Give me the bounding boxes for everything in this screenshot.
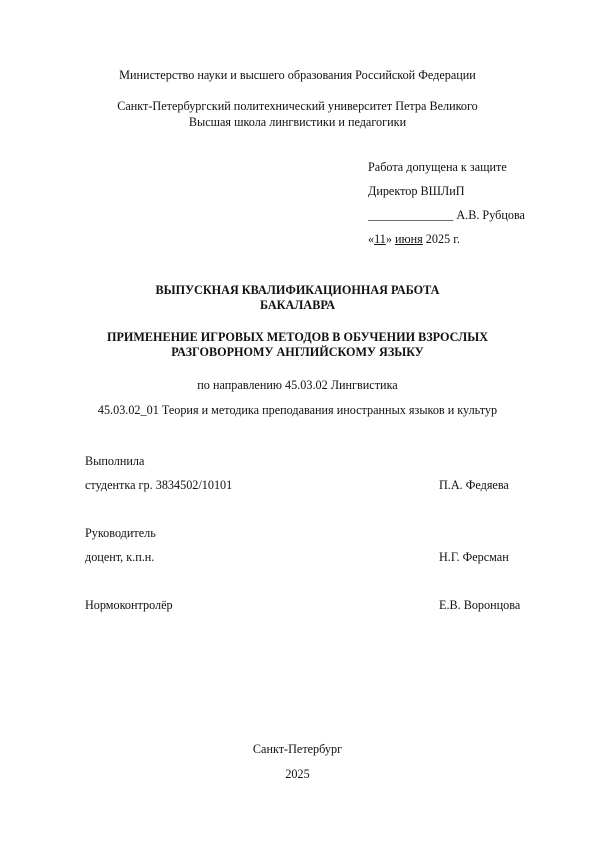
student-role: Выполнила xyxy=(85,454,144,469)
date-year: 2025 г. xyxy=(426,232,460,246)
student-group: студентка гр. 3834502/10101 xyxy=(85,478,232,493)
date-day: 11 xyxy=(374,232,386,246)
supervisor-role: Руководитель xyxy=(85,526,156,541)
topic-line2: РАЗГОВОРНОМУ АНГЛИЙСКОМУ ЯЗЫКУ xyxy=(0,345,595,360)
work-type-line2: БАКАЛАВРА xyxy=(0,298,595,313)
date-close-quote: » xyxy=(386,232,392,246)
approval-signatory: А.В. Рубцова xyxy=(456,208,525,222)
university-line: Санкт-Петербургский политехнический унив… xyxy=(0,99,595,114)
approval-date: «11» июня 2025 г. xyxy=(368,232,460,247)
date-month: июня xyxy=(395,232,423,246)
direction-line: по направлению 45.03.02 Лингвистика xyxy=(0,378,595,393)
ministry-line: Министерство науки и высшего образования… xyxy=(0,68,595,83)
supervisor-name: Н.Г. Ферсман xyxy=(439,550,509,565)
normcontrol-name: Е.В. Воронцова xyxy=(439,598,520,613)
approval-signature-line: ______________ А.В. Рубцова xyxy=(368,208,525,223)
approval-director: Директор ВШЛиП xyxy=(368,184,465,199)
signature-blank: ______________ xyxy=(368,208,453,222)
normcontrol-role: Нормоконтролёр xyxy=(85,598,173,613)
supervisor-title: доцент, к.п.н. xyxy=(85,550,154,565)
student-name: П.А. Федяева xyxy=(439,478,509,493)
approval-admitted: Работа допущена к защите xyxy=(368,160,507,175)
topic-line1: ПРИМЕНЕНИЕ ИГРОВЫХ МЕТОДОВ В ОБУЧЕНИИ ВЗ… xyxy=(0,330,595,345)
footer-city: Санкт-Петербург xyxy=(0,742,595,757)
footer-year: 2025 xyxy=(0,767,595,782)
work-type-line1: ВЫПУСКНАЯ КВАЛИФИКАЦИОННАЯ РАБОТА xyxy=(0,283,595,298)
profile-line: 45.03.02_01 Теория и методика преподаван… xyxy=(0,403,595,418)
school-line: Высшая школа лингвистики и педагогики xyxy=(0,115,595,130)
